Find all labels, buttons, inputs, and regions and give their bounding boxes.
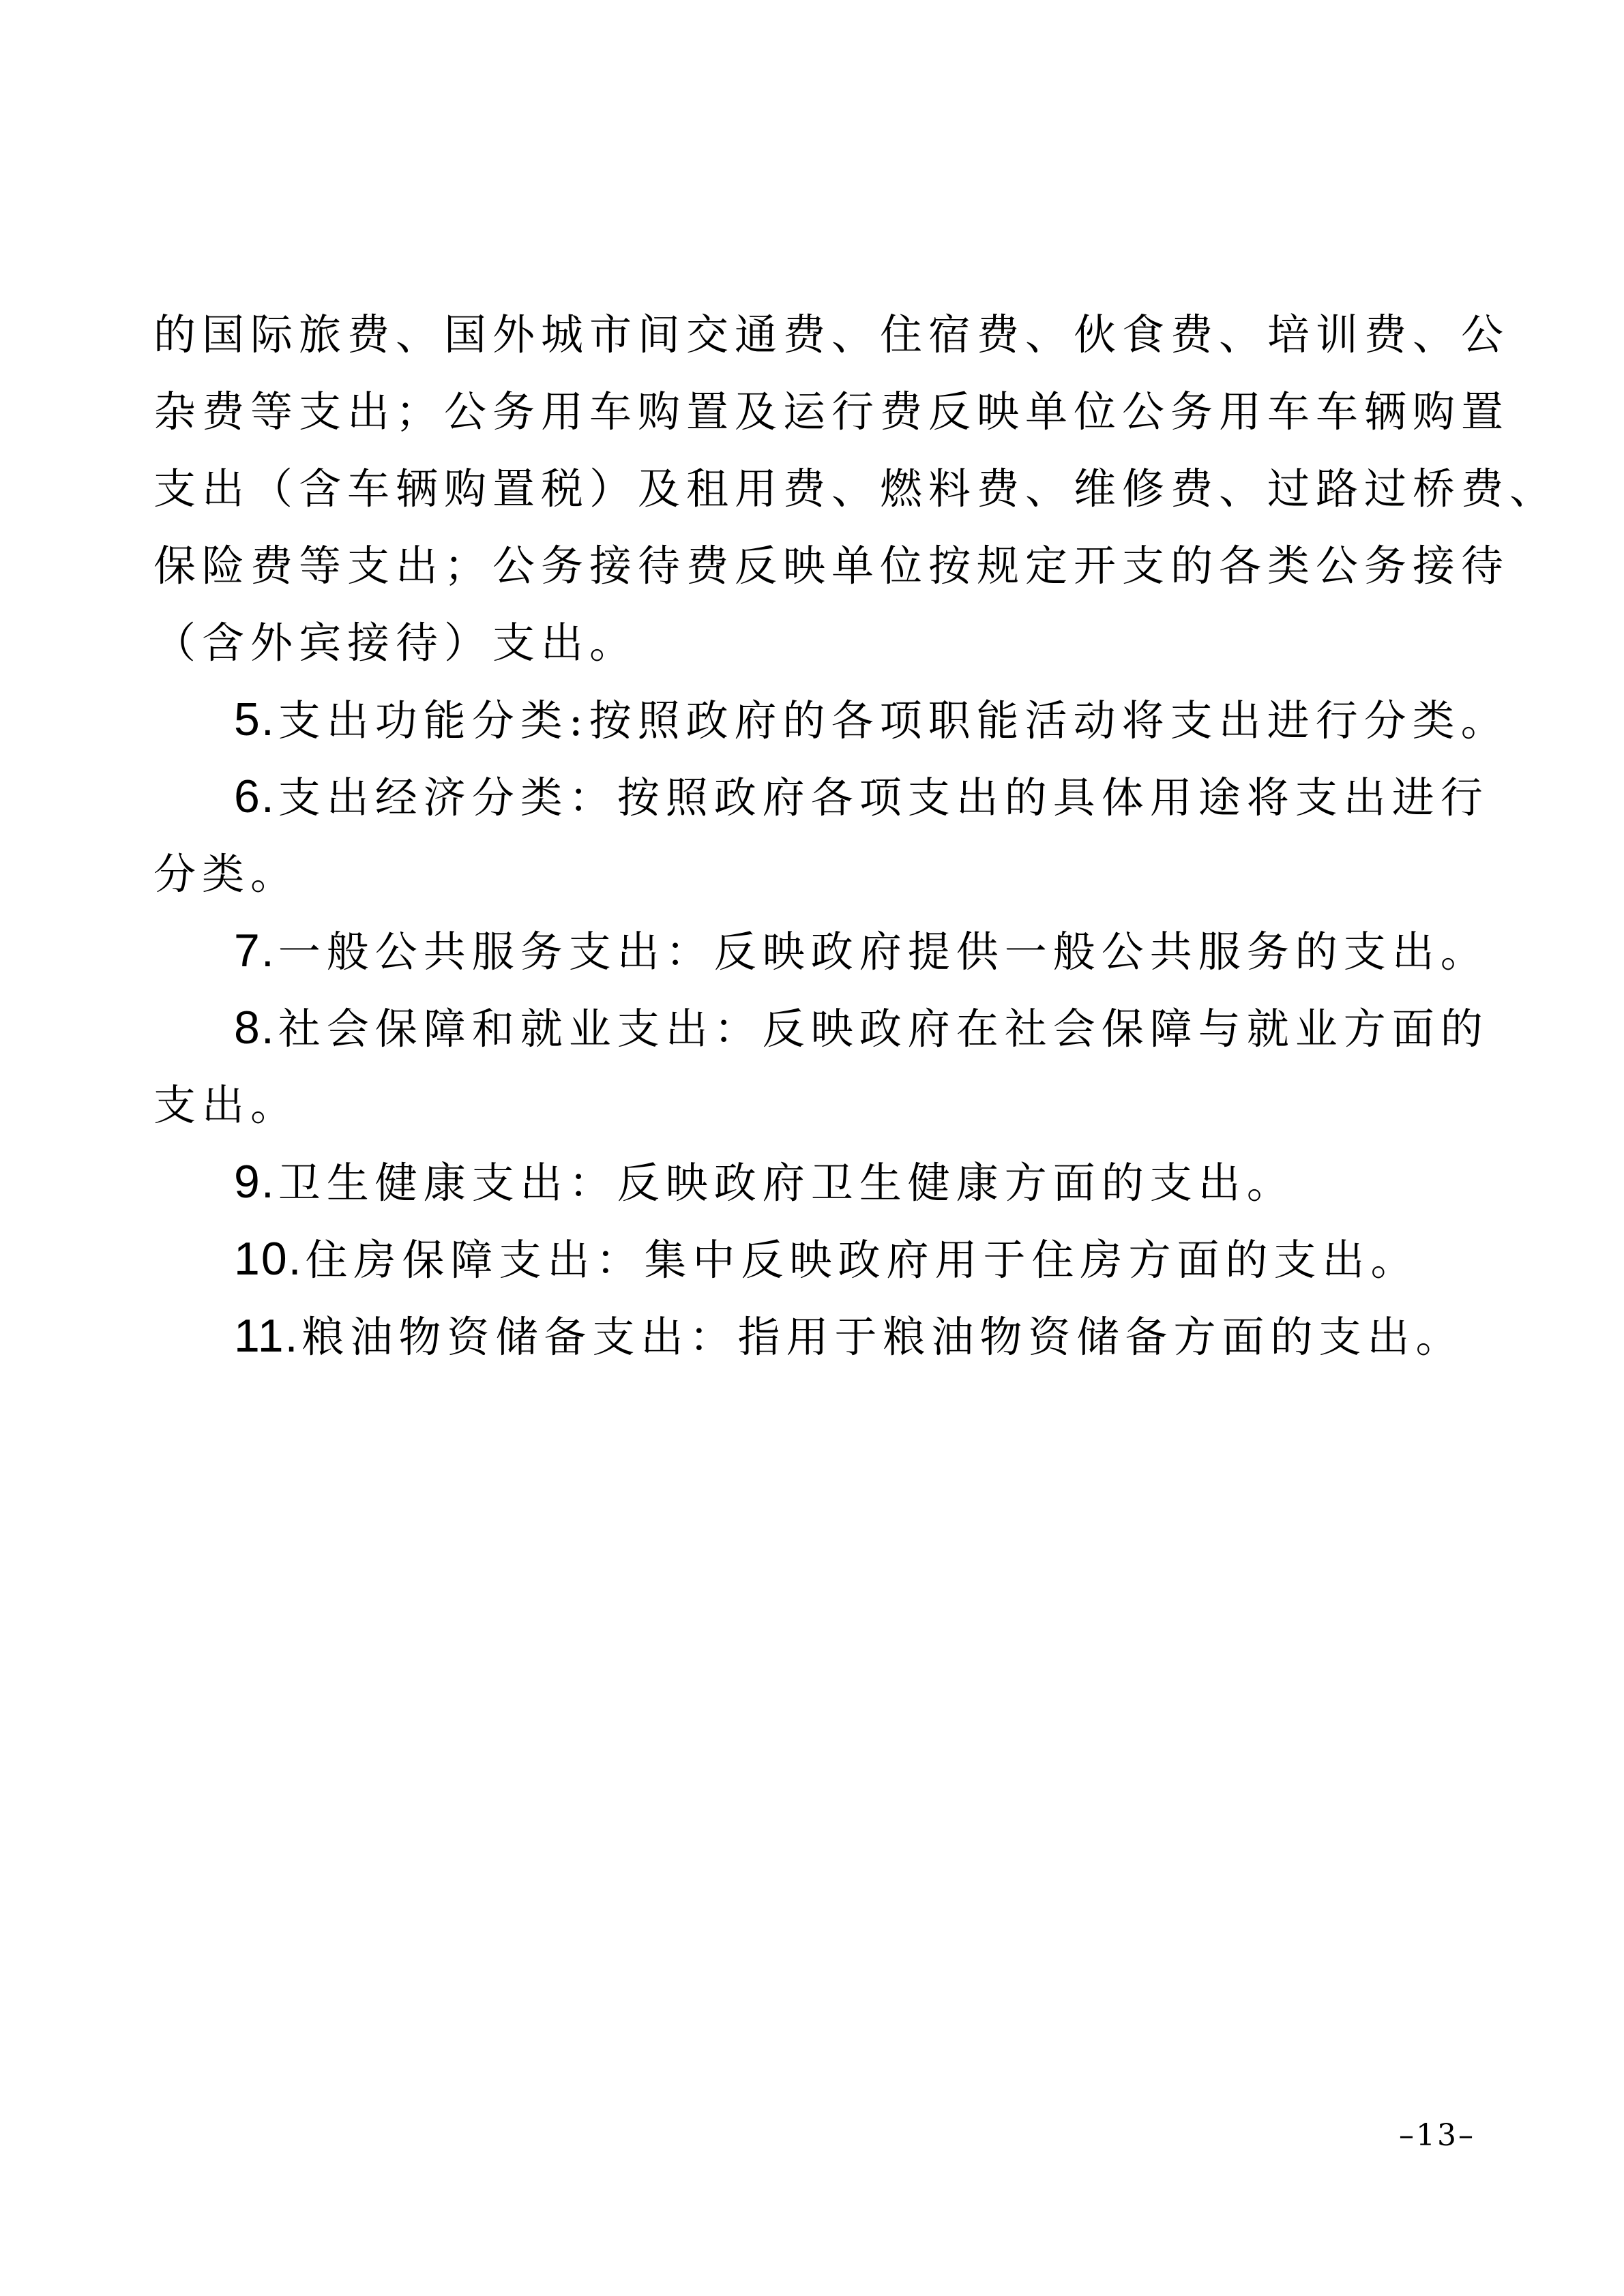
text-line: 5.支出功能分类:按照政府的各项职能活动将支出进行分类。 xyxy=(153,681,1514,758)
item-number: 6. xyxy=(234,771,276,822)
text-line: 9.卫生健康支出：反映政府卫生健康方面的支出。 xyxy=(153,1144,1514,1221)
item-number: 8. xyxy=(234,1002,276,1054)
text-line: 分类。 xyxy=(153,835,1514,912)
page-number: –13– xyxy=(1399,2118,1475,2153)
list-item-6: 6.支出经济分类：按照政府各项支出的具体用途将支出进行 分类。 xyxy=(153,758,1514,912)
document-body: 的国际旅费、国外城市间交通费、住宿费、伙食费、培训费、公 杂费等支出；公务用车购… xyxy=(153,296,1514,1375)
text-line: 7.一般公共服务支出：反映政府提供一般公共服务的支出。 xyxy=(153,912,1514,989)
item-number: 7. xyxy=(234,925,276,976)
item-number: 9. xyxy=(234,1156,276,1208)
text-line: 11.粮油物资储备支出：指用于粮油物资储备方面的支出。 xyxy=(153,1298,1514,1375)
text-line: 支出（含车辆购置税）及租用费、燃料费、维修费、过路过桥费、 xyxy=(153,450,1514,527)
text-line: 6.支出经济分类：按照政府各项支出的具体用途将支出进行 xyxy=(153,758,1514,835)
list-item-9: 9.卫生健康支出：反映政府卫生健康方面的支出。 xyxy=(153,1144,1514,1221)
text-line: 10.住房保障支出：集中反映政府用于住房方面的支出。 xyxy=(153,1221,1514,1298)
paragraph-continuation: 的国际旅费、国外城市间交通费、住宿费、伙食费、培训费、公 杂费等支出；公务用车购… xyxy=(153,296,1514,681)
text-line: 杂费等支出；公务用车购置及运行费反映单位公务用车车辆购置 xyxy=(153,373,1514,450)
list-item-5: 5.支出功能分类:按照政府的各项职能活动将支出进行分类。 xyxy=(153,681,1514,758)
list-item-7: 7.一般公共服务支出：反映政府提供一般公共服务的支出。 xyxy=(153,912,1514,989)
item-text: 支出经济分类：按照政府各项支出的具体用途将支出进行 xyxy=(278,773,1489,822)
list-item-11: 11.粮油物资储备支出：指用于粮油物资储备方面的支出。 xyxy=(153,1298,1514,1375)
text-line: 保险费等支出；公务接待费反映单位按规定开支的各类公务接待 xyxy=(153,527,1514,604)
list-item-8: 8.社会保障和就业支出：反映政府在社会保障与就业方面的 支出。 xyxy=(153,989,1514,1144)
text-line: 8.社会保障和就业支出：反映政府在社会保障与就业方面的 xyxy=(153,989,1514,1067)
item-text: 支出功能分类:按照政府的各项职能活动将支出进行分类。 xyxy=(278,696,1509,745)
item-text: 一般公共服务支出：反映政府提供一般公共服务的支出。 xyxy=(278,927,1489,976)
text-line: 支出。 xyxy=(153,1067,1514,1144)
item-text: 社会保障和就业支出：反映政府在社会保障与就业方面的 xyxy=(278,1004,1489,1054)
list-item-10: 10.住房保障支出：集中反映政府用于住房方面的支出。 xyxy=(153,1221,1514,1298)
text-line: 的国际旅费、国外城市间交通费、住宿费、伙食费、培训费、公 xyxy=(153,296,1514,373)
item-number: 5. xyxy=(234,694,276,745)
item-number: 10. xyxy=(234,1233,303,1285)
document-page: 的国际旅费、国外城市间交通费、住宿费、伙食费、培训费、公 杂费等支出；公务用车购… xyxy=(0,0,1624,2296)
item-text: 粮油物资储备支出：指用于粮油物资储备方面的支出。 xyxy=(301,1312,1464,1362)
item-text: 卫生健康支出：反映政府卫生健康方面的支出。 xyxy=(278,1158,1295,1208)
item-number: 11. xyxy=(234,1310,299,1362)
text-line: （含外宾接待）支出。 xyxy=(153,604,1514,681)
item-text: 住房保障支出：集中反映政府用于住房方面的支出。 xyxy=(306,1235,1419,1285)
